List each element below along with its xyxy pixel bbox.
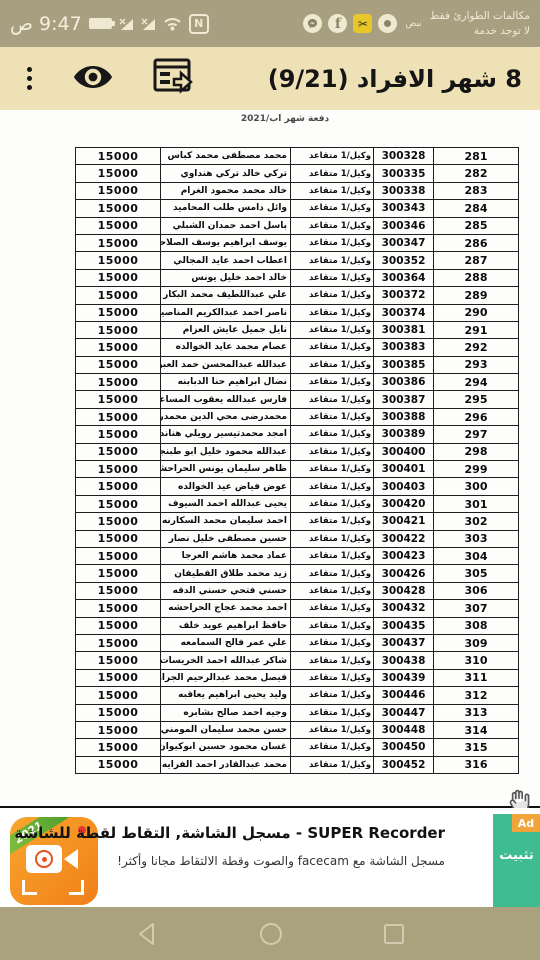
cell-name: وليد يحيى ابراهيم يعاقبه xyxy=(161,687,291,704)
table-row: 15000محمد عبدالقادر احمد الفرايهوكيل/1 م… xyxy=(76,757,519,774)
app-toolbar: 8 شهر الافراد (9/21) xyxy=(0,47,540,110)
cell-id: 300372 xyxy=(374,287,434,304)
install-strip[interactable]: Ad تثبيت xyxy=(493,814,540,907)
table-row: 15000ناصر احمد عبدالكريم المناصيروكيل/1 … xyxy=(76,305,519,322)
cell-no: 302 xyxy=(434,513,519,530)
cell-name: نايل جميل عايش العزام xyxy=(161,322,291,339)
cell-id: 300383 xyxy=(374,339,434,356)
nfc-icon: N xyxy=(189,14,209,34)
cell-amount: 15000 xyxy=(76,670,161,687)
cell-rank: وكيل/1 متقاعد xyxy=(291,426,374,443)
cell-rank: وكيل/1 متقاعد xyxy=(291,531,374,548)
cell-rank: وكيل/1 متقاعد xyxy=(291,357,374,374)
cell-amount: 15000 xyxy=(76,426,161,443)
home-button[interactable] xyxy=(258,921,284,947)
cell-id: 300422 xyxy=(374,531,434,548)
nabd-label: نبض xyxy=(405,19,421,29)
cell-no: 306 xyxy=(434,583,519,600)
cell-name: اعطاب احمد عايد المجالي xyxy=(161,252,291,269)
cell-amount: 15000 xyxy=(76,461,161,478)
android-nav-bar xyxy=(0,907,540,960)
cell-name: علي عبداللطيف محمد البكار xyxy=(161,287,291,304)
signal2-icon xyxy=(141,17,156,31)
cell-id: 300374 xyxy=(374,305,434,322)
cell-rank: وكيل/1 متقاعد xyxy=(291,374,374,391)
cell-no: 290 xyxy=(434,305,519,322)
cell-rank: وكيل/1 متقاعد xyxy=(291,687,374,704)
cell-amount: 15000 xyxy=(76,757,161,774)
cell-rank: وكيل/1 متقاعد xyxy=(291,391,374,408)
table-row: 15000حافظ ابراهيم عويد خلفوكيل/1 متقاعد3… xyxy=(76,618,519,635)
cell-amount: 15000 xyxy=(76,531,161,548)
cell-amount: 15000 xyxy=(76,165,161,182)
cell-no: 288 xyxy=(434,270,519,287)
network-status-text: مكالمات الطوارئ فقط لا توجد خدمة xyxy=(430,9,530,37)
cell-id: 300423 xyxy=(374,548,434,565)
table-row: 15000عماد محمد هاشم العرجاوكيل/1 متقاعد3… xyxy=(76,548,519,565)
cell-rank: وكيل/1 متقاعد xyxy=(291,148,374,165)
cell-amount: 15000 xyxy=(76,705,161,722)
cell-amount: 15000 xyxy=(76,409,161,426)
cell-amount: 15000 xyxy=(76,600,161,617)
cell-amount: 15000 xyxy=(76,618,161,635)
cell-name: علي عمر فالح السمامعه xyxy=(161,635,291,652)
install-button[interactable]: تثبيت xyxy=(493,848,540,863)
cell-amount: 15000 xyxy=(76,305,161,322)
cell-rank: وكيل/1 متقاعد xyxy=(291,478,374,495)
cell-id: 300437 xyxy=(374,635,434,652)
cell-id: 300400 xyxy=(374,444,434,461)
table-row: 15000احمد محمد عجاج الحراحشهوكيل/1 متقاع… xyxy=(76,600,519,617)
cell-amount: 15000 xyxy=(76,652,161,669)
table-row: 15000اعطاب احمد عايد المجاليوكيل/1 متقاع… xyxy=(76,252,519,269)
cell-rank: وكيل/1 متقاعد xyxy=(291,739,374,756)
cell-no: 303 xyxy=(434,531,519,548)
table-row: 15000امجد محمدتيسير رويلي هناندهوكيل/1 م… xyxy=(76,426,519,443)
overflow-menu-button[interactable] xyxy=(27,67,32,90)
cell-no: 291 xyxy=(434,322,519,339)
table-row: 15000حسين مصطفى خليل نصاروكيل/1 متقاعد30… xyxy=(76,531,519,548)
view-mode-button[interactable] xyxy=(72,64,114,94)
cell-amount: 15000 xyxy=(76,565,161,582)
table-row: 15000علي عمر فالح السمامعهوكيل/1 متقاعد3… xyxy=(76,635,519,652)
cell-no: 311 xyxy=(434,670,519,687)
cell-id: 300403 xyxy=(374,478,434,495)
cell-amount: 15000 xyxy=(76,478,161,495)
table-row: 15000فيصل محمد عبدالرحيم الجراروهوكيل/1 … xyxy=(76,670,519,687)
cell-amount: 15000 xyxy=(76,235,161,252)
table-row: 15000وليد يحيى ابراهيم يعاقبهوكيل/1 متقا… xyxy=(76,687,519,704)
table-row: 15000وجيه احمد صالح بشابرهوكيل/1 متقاعد3… xyxy=(76,705,519,722)
export-page-button[interactable] xyxy=(152,57,194,101)
cell-no: 286 xyxy=(434,235,519,252)
cell-id: 300389 xyxy=(374,426,434,443)
cell-rank: وكيل/1 متقاعد xyxy=(291,252,374,269)
cell-rank: وكيل/1 متقاعد xyxy=(291,270,374,287)
cell-amount: 15000 xyxy=(76,444,161,461)
export-doc-icon xyxy=(152,57,194,97)
cell-name: خالد محمد محمود الغرام xyxy=(161,183,291,200)
network-line2: لا توجد خدمة xyxy=(430,24,530,38)
cell-rank: وكيل/1 متقاعد xyxy=(291,165,374,182)
cell-name: باسل احمد حمدان الشبلي xyxy=(161,218,291,235)
cell-no: 305 xyxy=(434,565,519,582)
cell-rank: وكيل/1 متقاعد xyxy=(291,235,374,252)
cell-rank: وكيل/1 متقاعد xyxy=(291,600,374,617)
cell-no: 301 xyxy=(434,496,519,513)
status-left-group: 9:47 ص N xyxy=(10,13,209,35)
cell-id: 300346 xyxy=(374,218,434,235)
cell-name: ظاهر سليمان يونس الحراحشه xyxy=(161,461,291,478)
cell-name: عبدالله عبدالمحسن حمد العبوس xyxy=(161,357,291,374)
scissors-icon: ✂ xyxy=(353,14,372,33)
cell-id: 300381 xyxy=(374,322,434,339)
cell-name: حسين مصطفى خليل نصار xyxy=(161,531,291,548)
cell-no: 315 xyxy=(434,739,519,756)
cell-name: عصام محمد عايد الخوالده xyxy=(161,339,291,356)
cell-rank: وكيل/1 متقاعد xyxy=(291,565,374,582)
cell-name: وائل دامس طلب المحاميد xyxy=(161,200,291,217)
document-header-note: دفعة شهر اب/2021 xyxy=(75,114,495,124)
battery-icon xyxy=(89,18,112,29)
cell-rank: وكيل/1 متقاعد xyxy=(291,722,374,739)
cell-rank: وكيل/1 متقاعد xyxy=(291,757,374,774)
cell-no: 295 xyxy=(434,391,519,408)
cell-name: محمدرضى محي الدين محمدرضا سعدون xyxy=(161,409,291,426)
notification-dot-icon xyxy=(378,14,397,33)
ad-subtitle: مسجل الشاشة مع facecam والصوت وقطة الالت… xyxy=(100,854,445,868)
cell-no: 316 xyxy=(434,757,519,774)
cell-amount: 15000 xyxy=(76,687,161,704)
table-row: 15000فارس عبدالله يعقوب المساعدهوكيل/1 م… xyxy=(76,391,519,408)
cell-rank: وكيل/1 متقاعد xyxy=(291,339,374,356)
cell-id: 300401 xyxy=(374,461,434,478)
cell-amount: 15000 xyxy=(76,270,161,287)
cell-no: 297 xyxy=(434,426,519,443)
cell-name: غسان محمود حسين ابوكيوان xyxy=(161,739,291,756)
table-row: 15000احمد سليمان محمد السكارنهوكيل/1 متق… xyxy=(76,513,519,530)
cell-name: احمد محمد عجاج الحراحشه xyxy=(161,600,291,617)
cell-rank: وكيل/1 متقاعد xyxy=(291,444,374,461)
document-title: 8 شهر الافراد (9/21) xyxy=(268,47,522,110)
cell-id: 300450 xyxy=(374,739,434,756)
cell-no: 289 xyxy=(434,287,519,304)
network-line1: مكالمات الطوارئ فقط xyxy=(430,9,530,23)
cell-no: 294 xyxy=(434,374,519,391)
cell-amount: 15000 xyxy=(76,200,161,217)
cell-rank: وكيل/1 متقاعد xyxy=(291,496,374,513)
messenger-icon xyxy=(303,14,322,33)
cell-name: حسني فتحي حسني الدقه xyxy=(161,583,291,600)
cell-name: خالد احمد خليل يونس xyxy=(161,270,291,287)
cell-no: 307 xyxy=(434,600,519,617)
cell-rank: وكيل/1 متقاعد xyxy=(291,200,374,217)
ad-title: SUPER Recorder - مسجل الشاشة, التقاط لقط… xyxy=(105,824,445,842)
cell-rank: وكيل/1 متقاعد xyxy=(291,409,374,426)
cell-id: 300435 xyxy=(374,618,434,635)
table-row: 15000خالد محمد محمود الغراموكيل/1 متقاعد… xyxy=(76,183,519,200)
cell-amount: 15000 xyxy=(76,374,161,391)
cell-name: عبدالله محمود خليل ابو طبنجه xyxy=(161,444,291,461)
cell-rank: وكيل/1 متقاعد xyxy=(291,322,374,339)
status-bar: 9:47 ص N f ✂ نبض xyxy=(0,0,540,47)
table-row: 15000حسن محمد سليمان المومنيوكيل/1 متقاع… xyxy=(76,722,519,739)
cell-name: شاكر عبدالله احمد الخريسات xyxy=(161,652,291,669)
cell-no: 298 xyxy=(434,444,519,461)
cell-no: 310 xyxy=(434,652,519,669)
cell-rank: وكيل/1 متقاعد xyxy=(291,618,374,635)
cell-name: يوسف ابراهيم يوسف الصلاحات xyxy=(161,235,291,252)
table-row: 15000محمد مصطفى محمد كباسوكيل/1 متقاعد30… xyxy=(76,148,519,165)
cell-amount: 15000 xyxy=(76,218,161,235)
cell-name: عوض فياض عيد الخوالده xyxy=(161,478,291,495)
cell-id: 300420 xyxy=(374,496,434,513)
cell-rank: وكيل/1 متقاعد xyxy=(291,635,374,652)
table-row: 15000علي عبداللطيف محمد البكاروكيل/1 متق… xyxy=(76,287,519,304)
cell-rank: وكيل/1 متقاعد xyxy=(291,652,374,669)
camera-icon xyxy=(26,845,62,873)
cell-id: 300421 xyxy=(374,513,434,530)
cell-name: حسن محمد سليمان المومني xyxy=(161,722,291,739)
cell-name: محمد عبدالقادر احمد الفرايه xyxy=(161,757,291,774)
cell-name: وجيه احمد صالح بشابره xyxy=(161,705,291,722)
table-row: 15000عصام محمد عايد الخوالدهوكيل/1 متقاع… xyxy=(76,339,519,356)
table-row: 15000تركي خالد تركي هنداويوكيل/1 متقاعد3… xyxy=(76,165,519,182)
cell-id: 300335 xyxy=(374,165,434,182)
cell-id: 300328 xyxy=(374,148,434,165)
cell-no: 282 xyxy=(434,165,519,182)
clock: 9:47 ص xyxy=(10,13,82,35)
cell-rank: وكيل/1 متقاعد xyxy=(291,287,374,304)
facebook-icon: f xyxy=(328,14,347,33)
signal-icon xyxy=(119,17,134,31)
cell-no: 296 xyxy=(434,409,519,426)
cell-id: 300428 xyxy=(374,583,434,600)
cell-name: عماد محمد هاشم العرجا xyxy=(161,548,291,565)
table-row: 15000عبدالله عبدالمحسن حمد العبوسوكيل/1 … xyxy=(76,357,519,374)
cell-name: ناصر احمد عبدالكريم المناصير xyxy=(161,305,291,322)
cell-name: فيصل محمد عبدالرحيم الجراروه xyxy=(161,670,291,687)
cell-id: 300352 xyxy=(374,252,434,269)
cell-amount: 15000 xyxy=(76,739,161,756)
phone-screen: 9:47 ص N f ✂ نبض xyxy=(0,0,540,960)
cell-name: تركي خالد تركي هنداوي xyxy=(161,165,291,182)
cell-id: 300452 xyxy=(374,757,434,774)
status-right-group: f ✂ نبض مكالمات الطوارئ فقط لا توجد خدمة xyxy=(303,9,530,37)
table-row: 15000نايل جميل عايش العزاموكيل/1 متقاعد3… xyxy=(76,322,519,339)
cell-name: محمد مصطفى محمد كباس xyxy=(161,148,291,165)
cell-rank: وكيل/1 متقاعد xyxy=(291,705,374,722)
cell-no: 287 xyxy=(434,252,519,269)
cell-amount: 15000 xyxy=(76,357,161,374)
cell-rank: وكيل/1 متقاعد xyxy=(291,218,374,235)
cell-no: 292 xyxy=(434,339,519,356)
table-row: 15000ظاهر سليمان يونس الحراحشهوكيل/1 متق… xyxy=(76,461,519,478)
table-row: 15000غسان محمود حسين ابوكيوانوكيل/1 متقا… xyxy=(76,739,519,756)
cell-name: زيد محمد طلاق القطيفان xyxy=(161,565,291,582)
cell-id: 300388 xyxy=(374,409,434,426)
cell-amount: 15000 xyxy=(76,148,161,165)
back-button[interactable] xyxy=(135,921,161,947)
cell-amount: 15000 xyxy=(76,496,161,513)
cell-no: 312 xyxy=(434,687,519,704)
cell-no: 281 xyxy=(434,148,519,165)
cell-amount: 15000 xyxy=(76,513,161,530)
table-row: 15000محمدرضى محي الدين محمدرضا سعدونوكيل… xyxy=(76,409,519,426)
cell-rank: وكيل/1 متقاعد xyxy=(291,305,374,322)
cell-name: امجد محمدتيسير رويلي هنانده xyxy=(161,426,291,443)
cell-amount: 15000 xyxy=(76,287,161,304)
table-row: 15000زيد محمد طلاق القطيفانوكيل/1 متقاعد… xyxy=(76,565,519,582)
cell-name: يحيى عبدالله احمد السيوف xyxy=(161,496,291,513)
cell-rank: وكيل/1 متقاعد xyxy=(291,583,374,600)
cell-id: 300439 xyxy=(374,670,434,687)
table-row: 15000شاكر عبدالله احمد الخريساتوكيل/1 مت… xyxy=(76,652,519,669)
cell-id: 300448 xyxy=(374,722,434,739)
table-row: 15000عبدالله محمود خليل ابو طبنجهوكيل/1 … xyxy=(76,444,519,461)
cell-rank: وكيل/1 متقاعد xyxy=(291,461,374,478)
cell-id: 300338 xyxy=(374,183,434,200)
cell-name: فارس عبدالله يعقوب المساعده xyxy=(161,391,291,408)
cell-name: احمد سليمان محمد السكارنه xyxy=(161,513,291,530)
cell-no: 293 xyxy=(434,357,519,374)
cell-id: 300447 xyxy=(374,705,434,722)
cell-id: 300387 xyxy=(374,391,434,408)
cell-no: 283 xyxy=(434,183,519,200)
cell-no: 314 xyxy=(434,722,519,739)
cell-id: 300438 xyxy=(374,652,434,669)
eye-icon xyxy=(72,64,114,90)
ad-banner[interactable]: 2021 SUPER Recorder - مسجل الشاشة, التقا… xyxy=(0,808,540,907)
cell-no: 284 xyxy=(434,200,519,217)
pension-table: 15000محمد مصطفى محمد كباسوكيل/1 متقاعد30… xyxy=(75,147,519,774)
cell-amount: 15000 xyxy=(76,183,161,200)
wifi-icon xyxy=(163,16,182,31)
table-row: 15000حسني فتحي حسني الدقهوكيل/1 متقاعد30… xyxy=(76,583,519,600)
cell-amount: 15000 xyxy=(76,635,161,652)
cell-no: 285 xyxy=(434,218,519,235)
cell-id: 300347 xyxy=(374,235,434,252)
cell-no: 300 xyxy=(434,478,519,495)
cell-id: 300386 xyxy=(374,374,434,391)
cell-no: 304 xyxy=(434,548,519,565)
table-row: 15000باسل احمد حمدان الشبليوكيل/1 متقاعد… xyxy=(76,218,519,235)
cell-amount: 15000 xyxy=(76,252,161,269)
cell-amount: 15000 xyxy=(76,548,161,565)
cell-rank: وكيل/1 متقاعد xyxy=(291,513,374,530)
cell-name: حافظ ابراهيم عويد خلف xyxy=(161,618,291,635)
cell-id: 300343 xyxy=(374,200,434,217)
cell-name: نضال ابراهيم حنا الدبابنه xyxy=(161,374,291,391)
cell-amount: 15000 xyxy=(76,722,161,739)
cell-rank: وكيل/1 متقاعد xyxy=(291,548,374,565)
cell-id: 300385 xyxy=(374,357,434,374)
cell-amount: 15000 xyxy=(76,391,161,408)
cell-no: 309 xyxy=(434,635,519,652)
table-row: 15000يوسف ابراهيم يوسف الصلاحاتوكيل/1 مت… xyxy=(76,235,519,252)
recents-button[interactable] xyxy=(381,921,407,947)
cell-amount: 15000 xyxy=(76,322,161,339)
cell-no: 308 xyxy=(434,618,519,635)
table-row: 15000يحيى عبدالله احمد السيوفوكيل/1 متقا… xyxy=(76,496,519,513)
cell-id: 300446 xyxy=(374,687,434,704)
cell-rank: وكيل/1 متقاعد xyxy=(291,183,374,200)
cell-id: 300426 xyxy=(374,565,434,582)
cell-no: 299 xyxy=(434,461,519,478)
table-row: 15000وائل دامس طلب المحاميدوكيل/1 متقاعد… xyxy=(76,200,519,217)
cell-amount: 15000 xyxy=(76,339,161,356)
cell-amount: 15000 xyxy=(76,583,161,600)
ad-badge: Ad xyxy=(512,814,540,832)
cell-id: 300364 xyxy=(374,270,434,287)
cell-id: 300432 xyxy=(374,600,434,617)
cell-no: 313 xyxy=(434,705,519,722)
table-row: 15000نضال ابراهيم حنا الدبابنهوكيل/1 متق… xyxy=(76,374,519,391)
table-row: 15000خالد احمد خليل يونسوكيل/1 متقاعد300… xyxy=(76,270,519,287)
table-row: 15000عوض فياض عيد الخوالدهوكيل/1 متقاعد3… xyxy=(76,478,519,495)
cell-rank: وكيل/1 متقاعد xyxy=(291,670,374,687)
